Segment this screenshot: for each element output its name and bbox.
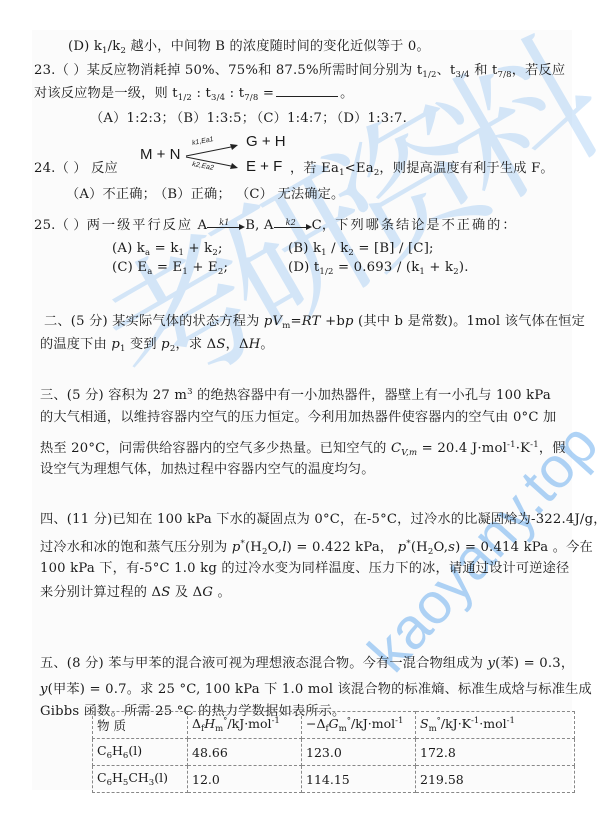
header-gibbs: −ΔfGm°/kJ·mol-1 [302,712,416,739]
q23-number: 23.（ ） [34,63,87,78]
q25-option-c: (C) Ea = E1 + E2; [112,259,228,281]
q24-reactants: M + N [140,146,180,163]
q24-number: 24.（ ） 反应 [34,160,118,177]
q24-option-c: （C） 无法确定。 [236,187,344,202]
section5-heading: 五、(8 分) [40,656,104,671]
q25-stem: 25.（ ）两一级平行反应 Ak1B, Ak2C，下列哪条结论是不正确的： [34,217,516,234]
q23-stem-line1: 23.（ ）某反应物消耗掉 50%、75%和 87.5%所需时间分别为 t1/2… [34,62,565,84]
section3-heading: 三、(5 分) [40,388,104,403]
section5-line1: 五、(8 分) 苯与甲苯的混合液可视为理想液态混合物。今有一混合物组成为 y(苯… [40,655,574,672]
q23-options: （A）1:2:3；（B）1:3:5；（C）1:4:7；（D）1:3:7. [90,110,407,127]
cell-entropy: 172.8 [416,739,575,766]
cell-enthalpy: 48.66 [188,739,302,766]
q24-option-b: （B）正确； [154,186,236,203]
q24-option-a: （A）不正确； [66,186,154,203]
section4-line1: 四、(11 分)已知在 100 kPa 下水的凝固点为 0°C，在-5°C，过冷… [40,511,606,528]
answer-blank [276,84,338,97]
header-enthalpy: ΔfHm°/kJ·mol-1 [188,712,302,739]
arrow-k1-icon: k1 [207,221,245,231]
header-entropy: Sm°/kJ·K-1·mol-1 [416,712,575,739]
cell-enthalpy: 12.0 [188,766,302,793]
q24-products-2: E + F [246,158,282,175]
table-header-row: 物 质 ΔfHm°/kJ·mol-1 −ΔfGm°/kJ·mol-1 Sm°/k… [93,712,575,739]
section2-heading: 二、(5 分) [44,314,108,329]
header-substance: 物 质 [93,712,188,739]
q24-label: 反应 [91,161,118,176]
q23-stem-line2: 对该反应物是一级，则 t1/2 : t3/4 : t7/8 =。 [34,84,354,107]
q22-option-d: (D) k1/k2 越小，中间物 B 的浓度随时间的变化近似等于 0。 [68,38,430,60]
q23-option-d: （D）1:3:7. [330,111,407,126]
q23-option-c: （C）1:4:7； [250,110,330,127]
cell-gibbs: 114.15 [302,766,416,793]
section5-line2: y(甲苯) = 0.7。求 25 °C, 100 kPa 下 1.0 mol 该… [40,681,592,698]
table-row: C6H5CH3(l) 12.0 114.15 219.58 [93,766,575,793]
q24-products-1: G + H [246,133,286,150]
thermo-data-table: 物 质 ΔfHm°/kJ·mol-1 −ΔfGm°/kJ·mol-1 Sm°/k… [92,711,575,793]
cell-gibbs: 123.0 [302,739,416,766]
section3-line3: 热至 20°C，问需供给容器内的空气多少热量。已知空气的 CV,m = 20.4… [40,437,566,462]
section4-heading: 四、(11 分) [40,512,112,527]
cell-substance: C6H5CH3(l) [93,766,188,793]
section3-line4: 设空气为理想气体，加热过程中容器内空气的温度均匀。 [40,461,375,478]
section3-line2: 的大气相通，以维持容器内空气的压力恒定。今利用加热器件使容器内的空气由 0°C … [40,409,556,426]
section4-line2: 过冷水和冰的饱和蒸气压分别为 p*(H2O,l) = 0.422 kPa， p*… [40,536,593,561]
section4-line4: 来分别计算过程的 ΔS 及 ΔG 。 [40,584,231,601]
section2-line1: 二、(5 分) 某实际气体的状态方程为 pVm=RT +bp (其中 b 是常数… [44,313,585,335]
q25-option-d: (D) t1/2 = 0.693 / (k1 + k2). [288,259,469,281]
cell-entropy: 219.58 [416,766,575,793]
q24-condition: ，若 Ea1<Ea2，则提高温度有利于生成 F。 [290,160,554,182]
q23-option-a: （A）1:2:3； [90,110,170,127]
section4-line3: 100 kPa 下，有-5°C 1.0 kg 的过冷水变为同样温度、压力下的冰，… [40,560,569,577]
cell-substance: C6H6(l) [93,739,188,766]
q24-options: （A）不正确；（B）正确；（C） 无法确定。 [66,186,344,203]
q23-option-b: （B）1:3:5； [170,110,250,127]
section3-line1: 三、(5 分) 容积为 27 m3 的绝热容器中有一小加热器件，器壁上有一小孔与… [40,384,551,404]
section2-line2: 的温度下由 p1 变到 p2，求 ΔS，ΔH。 [40,336,274,358]
table-row: C6H6(l) 48.66 123.0 172.8 [93,739,575,766]
arrow-k2-icon: k2 [274,221,312,231]
q25-number: 25.（ ） [34,218,87,233]
